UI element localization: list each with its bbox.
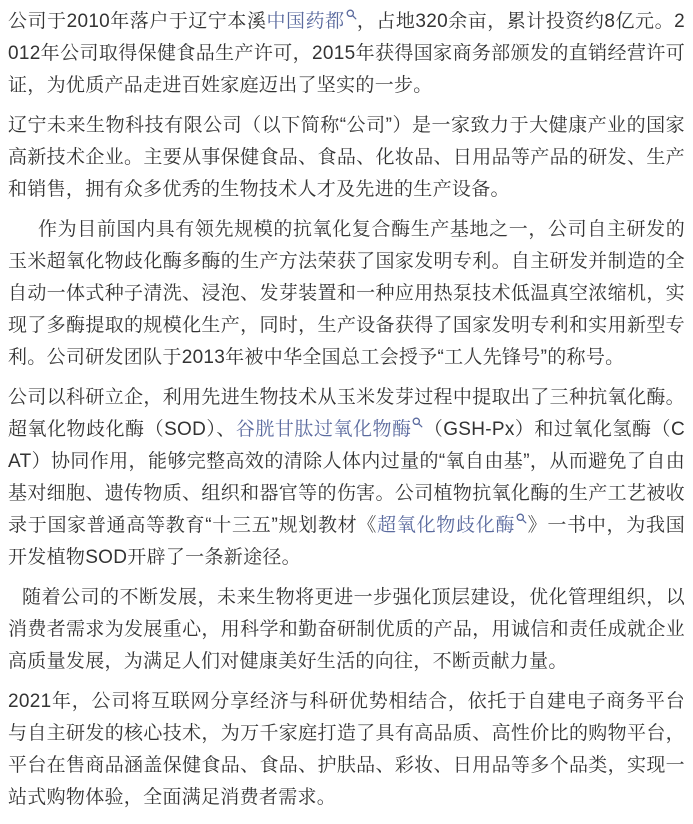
search-icon	[346, 9, 357, 20]
paragraph: 随着公司的不断发展，未来生物将更进一步强化顶层建设，优化管理组织，以消费者需求为…	[8, 582, 685, 678]
article-body: 公司于2010年落户于辽宁本溪中国药都，占地320余亩，累计投资约8亿元。201…	[0, 0, 693, 824]
paragraph: 公司以科研立企，利用先进生物技术从玉米发芽过程中提取出了三种抗氧化酶。超氧化物歧…	[8, 382, 685, 574]
paragraph: 辽宁未来生物科技有限公司（以下简称“公司”）是一家致力于大健康产业的国家高新技术…	[8, 110, 685, 206]
paragraph-text: 作为目前国内具有领先规模的抗氧化复合酶生产基地之一，公司自主研发的玉米超氧化物歧…	[8, 219, 685, 368]
entry-link[interactable]: 中国药都	[266, 11, 356, 32]
entry-link[interactable]: 谷胱甘肽过氧化物酶	[236, 419, 424, 440]
entry-link[interactable]: 超氧化物歧化酶	[377, 515, 527, 536]
paragraph-text: 辽宁未来生物科技有限公司（以下简称“公司”）是一家致力于大健康产业的国家高新技术…	[8, 115, 685, 200]
search-icon	[516, 513, 527, 524]
paragraph: 公司于2010年落户于辽宁本溪中国药都，占地320余亩，累计投资约8亿元。201…	[8, 6, 685, 102]
paragraph-text: 2021年，公司将互联网分享经济与科研优势相结合，依托于自建电子商务平台与自主研…	[8, 691, 685, 808]
paragraph: 2021年，公司将互联网分享经济与科研优势相结合，依托于自建电子商务平台与自主研…	[8, 686, 685, 814]
paragraph: 作为目前国内具有领先规模的抗氧化复合酶生产基地之一，公司自主研发的玉米超氧化物歧…	[8, 214, 685, 374]
paragraph-text: 公司于2010年落户于辽宁本溪	[8, 11, 266, 32]
paragraph-text: 随着公司的不断发展，未来生物将更进一步强化顶层建设，优化管理组织，以消费者需求为…	[8, 587, 685, 672]
search-icon	[412, 417, 423, 428]
